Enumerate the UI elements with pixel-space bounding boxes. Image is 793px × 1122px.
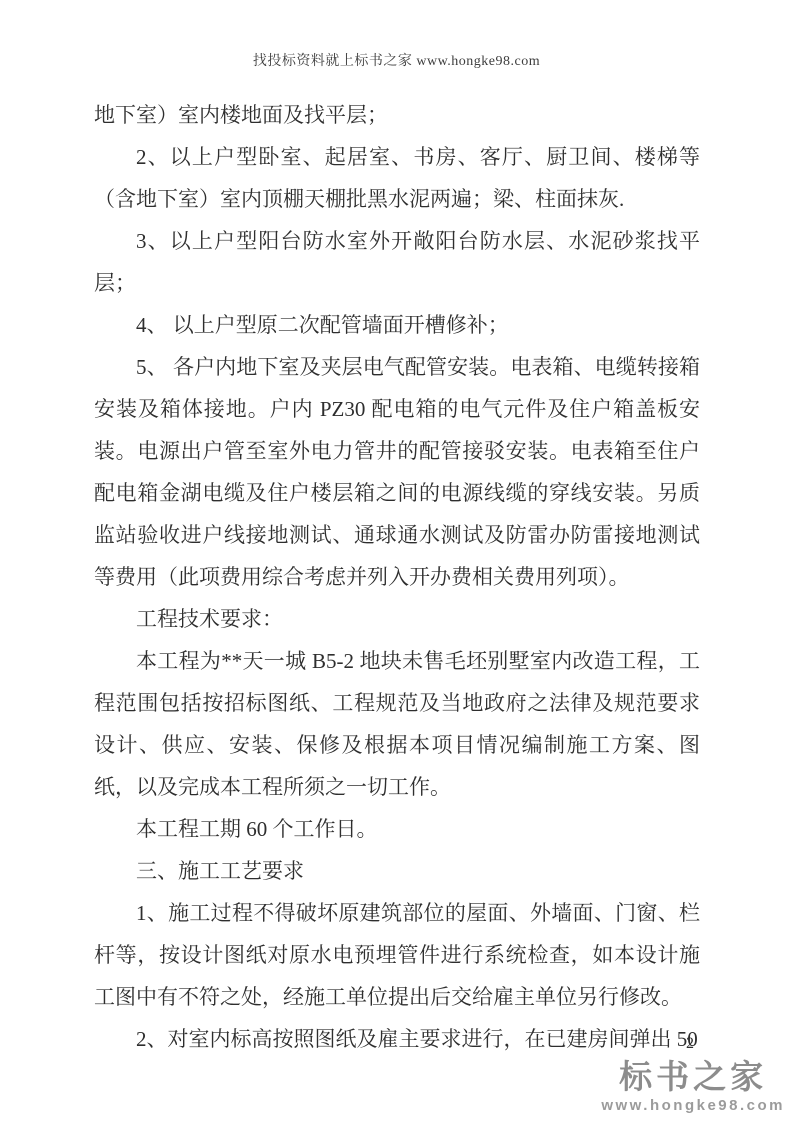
page-number: 2 bbox=[686, 1035, 694, 1053]
document-page: 找投标资料就上标书之家 www.hongke98.com 地下室）室内楼地面及找… bbox=[0, 0, 793, 1122]
paragraph: 三、施工工艺要求 bbox=[94, 850, 700, 892]
page-header: 找投标资料就上标书之家 www.hongke98.com bbox=[0, 50, 793, 70]
watermark-url: www.hongke98.com bbox=[601, 1097, 785, 1114]
paragraph: 5、 各户内地下室及夹层电气配管安装。电表箱、电缆转接箱安装及箱体接地。户内 P… bbox=[94, 346, 700, 598]
paragraph: 本工程工期 60 个工作日。 bbox=[94, 808, 700, 850]
paragraph: 本工程为**天一城 B5-2 地块未售毛坯别墅室内改造工程，工程范围包括按招标图… bbox=[94, 640, 700, 808]
paragraph: 2、以上户型卧室、起居室、书房、客厅、厨卫间、楼梯等（含地下室）室内顶棚天棚批黑… bbox=[94, 136, 700, 220]
watermark-logo: 标书之家 bbox=[601, 1060, 785, 1093]
paragraph: 2、对室内标高按照图纸及雇主要求进行，在已建房间弹出 50 bbox=[94, 1018, 700, 1060]
paragraph: 3、以上户型阳台防水室外开敞阳台防水层、水泥砂浆找平层； bbox=[94, 220, 700, 304]
paragraph: 1、施工过程不得破坏原建筑部位的屋面、外墙面、门窗、栏杆等，按设计图纸对原水电预… bbox=[94, 892, 700, 1018]
paragraph: 4、 以上户型原二次配管墙面开槽修补； bbox=[94, 304, 700, 346]
paragraph: 工程技术要求： bbox=[94, 598, 700, 640]
document-body: 地下室）室内楼地面及找平层；2、以上户型卧室、起居室、书房、客厅、厨卫间、楼梯等… bbox=[94, 94, 700, 1060]
paragraph: 地下室）室内楼地面及找平层； bbox=[94, 94, 700, 136]
watermark: 标书之家 www.hongke98.com bbox=[601, 1060, 785, 1114]
